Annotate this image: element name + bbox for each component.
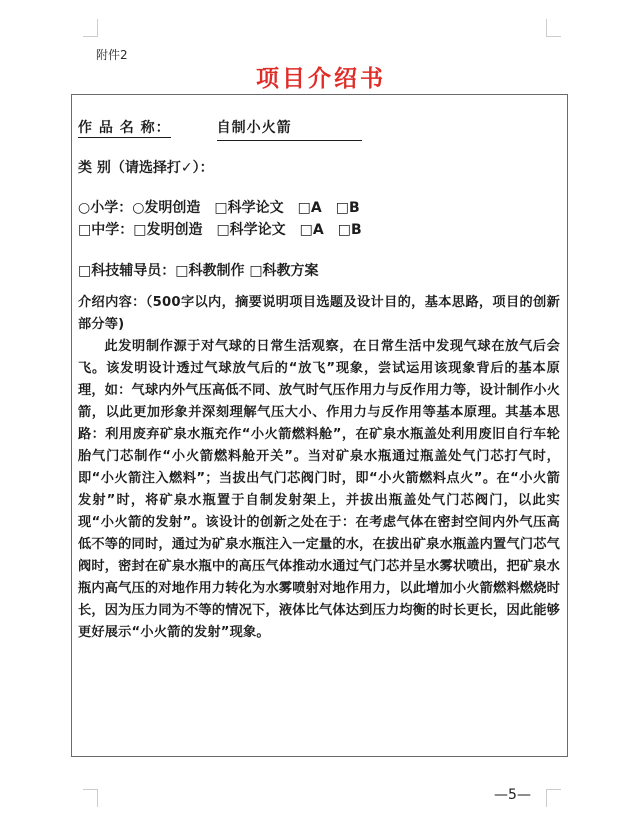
intro-content-body: 此发明制作源于对气球的日常生活观察，在日常生活中发现气球在放气后会飞。该发明设计…	[78, 336, 560, 644]
category-checkbox-row[interactable]: ○小学：○发明创造 □科学论文 □A □B	[78, 197, 560, 219]
form-border-box: 作 品 名 称：自制小火箭 类 别（请选择打✓）： ○小学：○发明创造 □科学论…	[71, 94, 568, 757]
work-name-field[interactable]: 自制小火箭	[217, 117, 362, 141]
work-name-row: 作 品 名 称：自制小火箭	[78, 117, 560, 141]
category-section-label: 类 别（请选择打✓）：	[78, 157, 560, 179]
intro-section: 介绍内容：（500字以内，摘要说明项目选题及设计目的，基本思路，项目的创新部分等…	[78, 292, 560, 644]
category-checkbox-row[interactable]: □科技辅导员：□科教制作 □科教方案	[78, 260, 560, 282]
category-checkbox-row[interactable]: □中学：□发明创造 □科学论文 □A □B	[78, 219, 560, 241]
work-name-label: 作 品 名 称：	[78, 120, 171, 138]
page-title: 项目介绍书	[0, 60, 642, 93]
document-page: 附件2 项目介绍书 作 品 名 称：自制小火箭 类 别（请选择打✓）： ○小学：…	[0, 0, 642, 816]
intro-content-label: 介绍内容：（500字以内，摘要说明项目选题及设计目的，基本思路，项目的创新部分等…	[78, 292, 560, 336]
crop-mark-top-left-icon	[83, 19, 98, 37]
category-rows: ○小学：○发明创造 □科学论文 □A □B□中学：□发明创造 □科学论文 □A …	[78, 197, 560, 282]
page-number: —5—	[470, 787, 555, 803]
crop-mark-bottom-left-icon	[83, 789, 98, 807]
crop-mark-top-right-icon	[546, 19, 561, 37]
